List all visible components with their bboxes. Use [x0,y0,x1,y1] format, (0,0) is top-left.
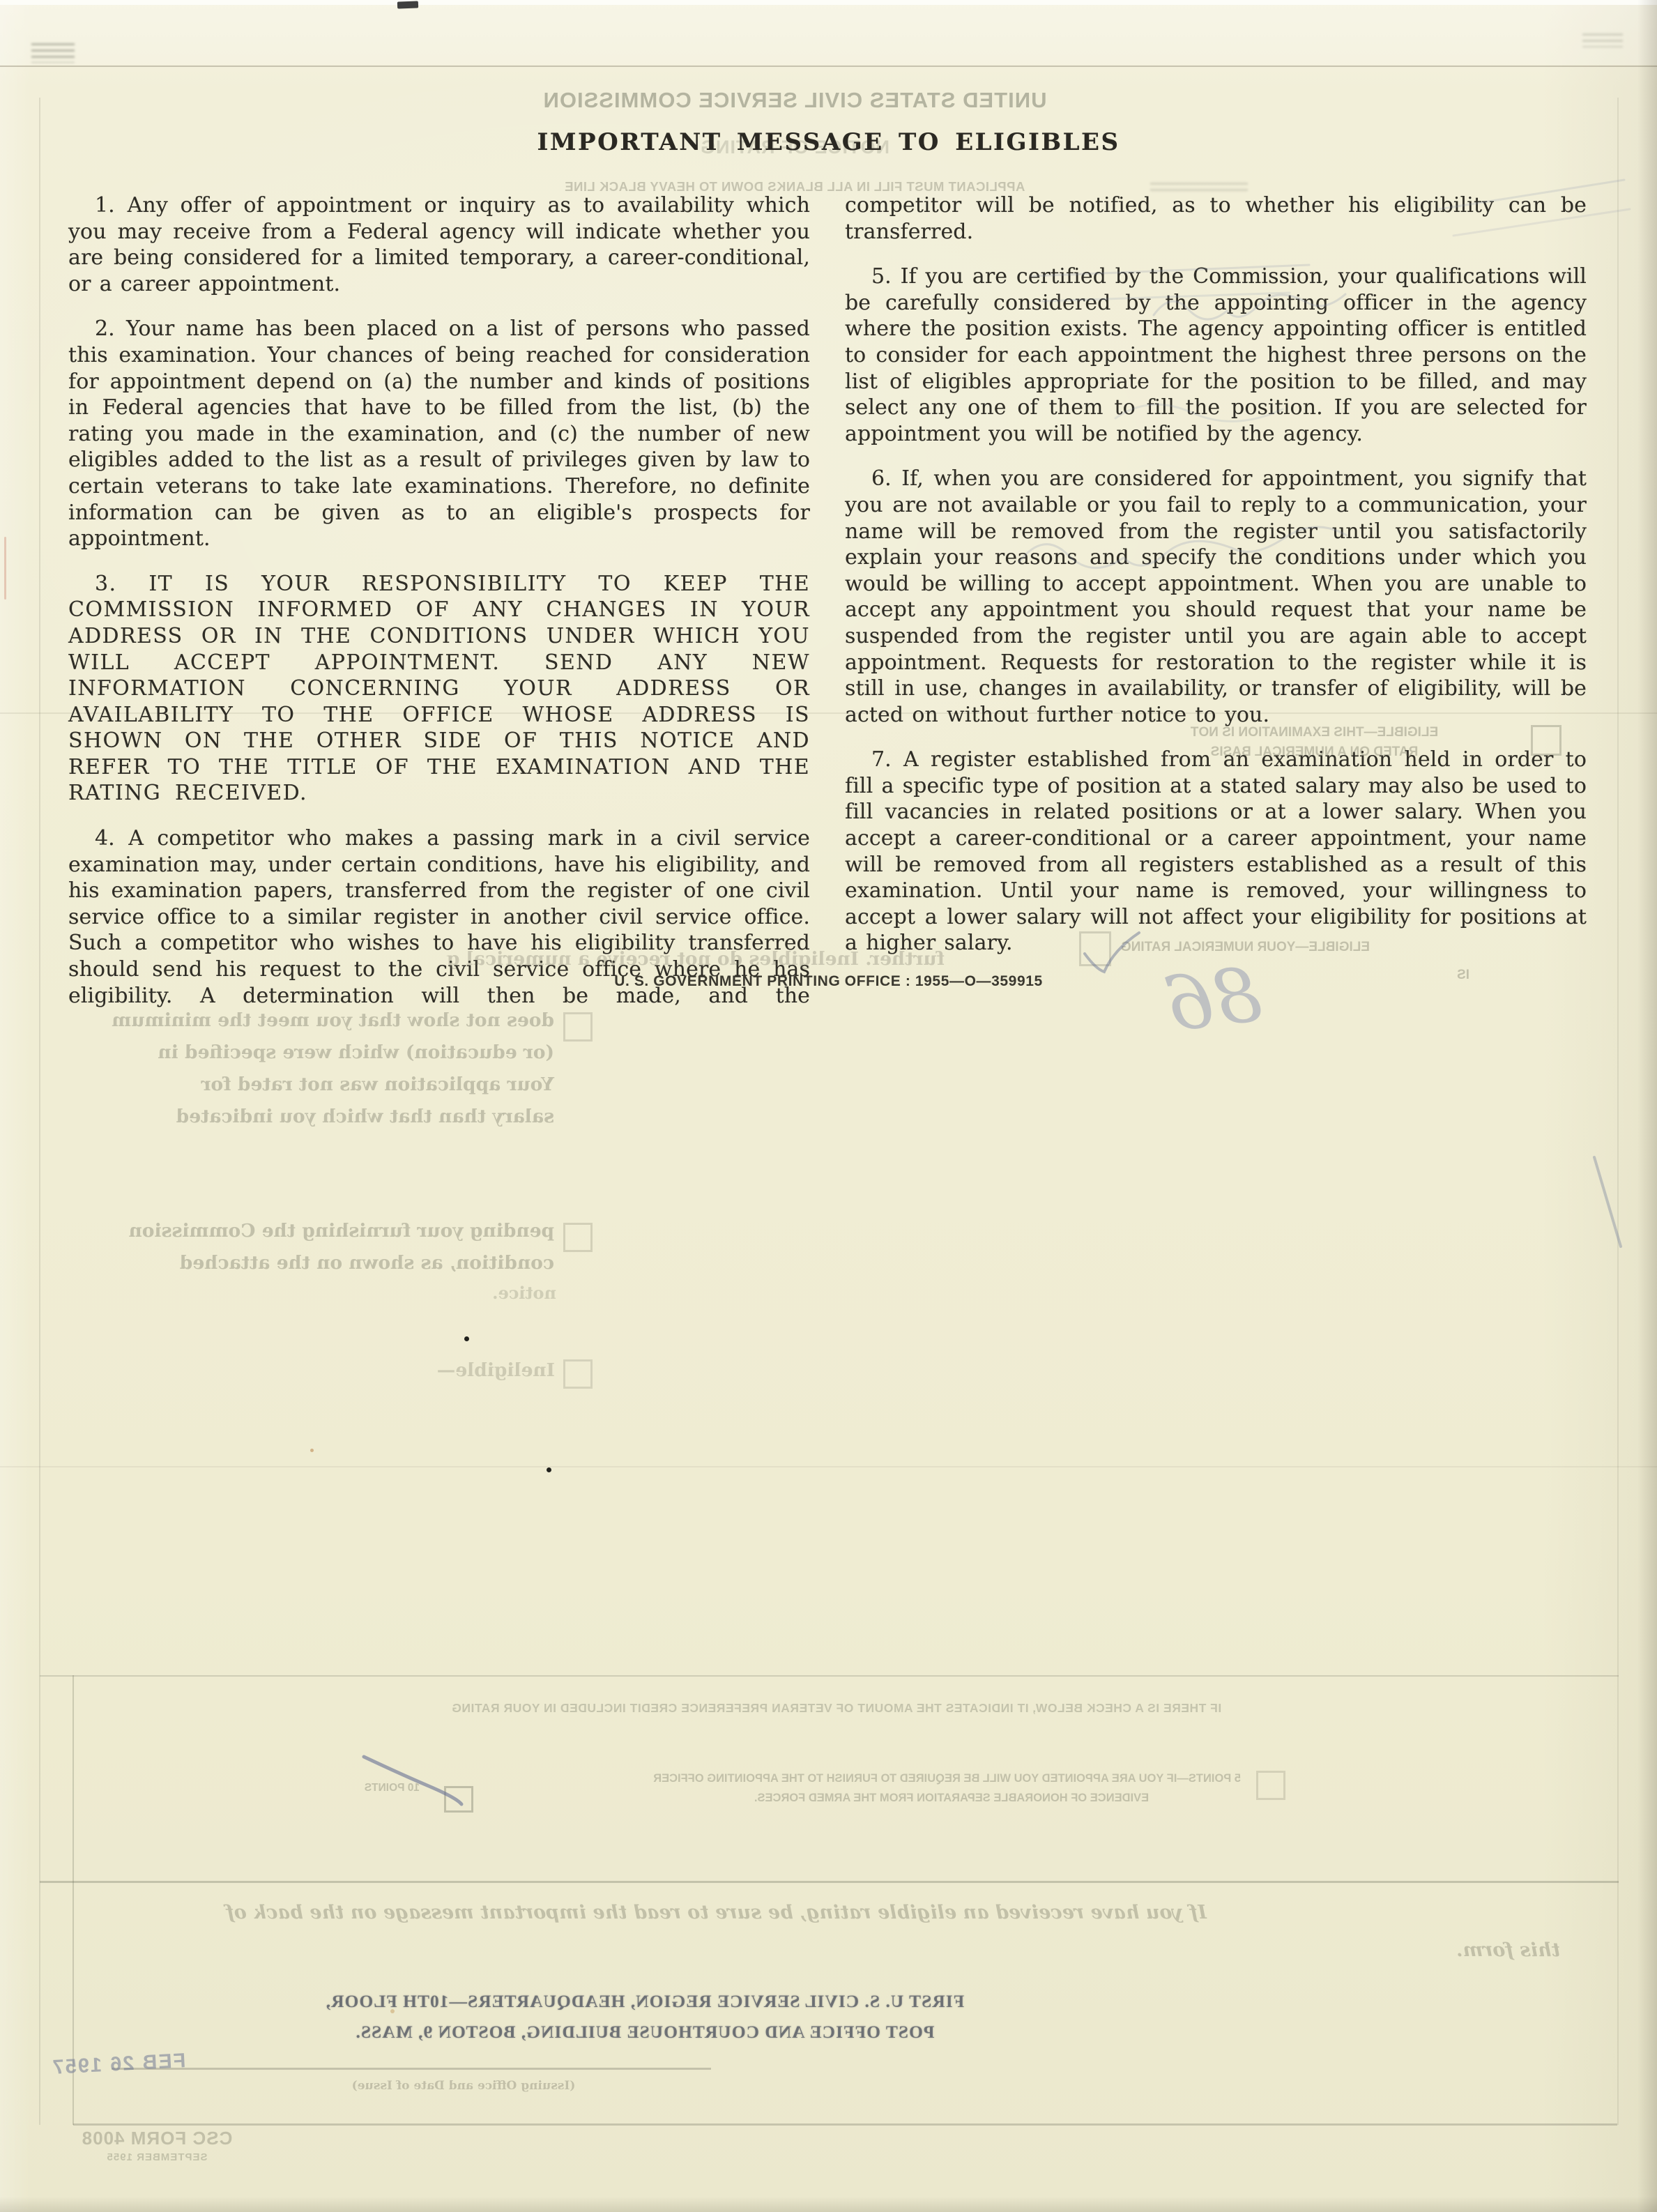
bleed-rule-horizontal-1 [40,1675,1619,1677]
checkbox-ten-points-checked-bleed [444,1786,473,1813]
ink-dot [464,1336,469,1341]
bleed-five-points-line2: EVIDENCE OF HONORABLE SEPARATION FROM TH… [662,1792,1241,1805]
bleed-further-line: further. Ineligibles do not receive a nu… [446,948,945,970]
bleed-suspended-line3: notice. [480,1283,556,1303]
bleed-veteran-line: IF THERE IS A CHECK BELOW, IT INDICATES … [328,1701,1345,1716]
bleed-rule-vertical-right [1617,98,1619,2125]
scanned-document-page: UNITED STATES CIVIL SERVICE COMMISSION N… [0,0,1657,2212]
bleed-eligible-message-line2: this form. [1428,1939,1560,1961]
paragraph-6: 6. If, when you are considered for appoi… [845,466,1587,728]
bleed-eligible-not-numeric-line2: RATED ON A NUMERICAL BASIS [1135,745,1494,760]
printing-office-imprint: U. S. GOVERNMENT PRINTING OFFICE : 1955—… [0,973,1657,990]
bleed-ten-points-label: 10 POINTS [339,1782,420,1794]
paragraph-4-continued: competitor will be notified, as to wheth… [845,192,1587,245]
bleed-ineligible-min-line4: salary than that which you indicated [91,1106,554,1127]
document-title: IMPORTANT MESSAGE TO ELIGIBLES [0,128,1657,156]
bleed-form-number: CSC FORM 4008 [70,2128,244,2149]
bleed-header-agency: UNITED STATES CIVIL SERVICE COMMISSION [481,88,1108,113]
checkbox-ineligible-bleed [563,1359,593,1389]
checkbox-suspended-bleed [563,1223,593,1252]
bleed-five-points-line1: 5 POINTS—IF YOU ARE APPOINTED YOU WILL B… [662,1772,1241,1785]
lighter-band-top [0,0,1657,65]
checkbox-eligible-not-numeric-bleed [1531,725,1561,756]
stamp-date: FEB 26 1957 [38,2049,199,2080]
bleed-ineligible-min-line1: does not show that you meet the minimum [108,1009,554,1031]
bleed-eligible-not-numeric-line1: ELIGIBLE—THIS EXAMINATION IS NOT [1135,725,1494,740]
paragraph-5: 5. If you are certified by the Commissio… [845,264,1587,447]
rust-speck [310,1449,314,1452]
bleed-eligible-message-line1: If you have received an eligible rating,… [105,1902,1328,1923]
text-column-left: 1. Any offer of appointment or inquiry a… [68,192,810,1028]
stamp-region-line1: FIRST U. S. CIVIL SERVICE REGION, HEADQU… [230,1991,1060,2012]
bleed-ineligible-label: Ineligible— [443,1359,555,1381]
bleed-ineligible-min-line2: (or education) which were specified in [108,1042,554,1063]
scan-edge-shadow-right [1637,0,1657,2212]
bleed-ineligible-min-line3: Your application was not rated for [108,1074,554,1095]
bleed-smudge-top-right-corner [1582,33,1623,47]
bleed-rule-horizontal-2 [40,1881,1619,1883]
paragraph-7: 7. A register established from an examin… [845,747,1587,956]
paragraph-1: 1. Any offer of appointment or inquiry a… [68,192,810,297]
fold-crease-lower [0,1466,1657,1467]
bleed-suspended-line1: pending your furnishing the Commission [108,1220,554,1242]
paragraph-2: 2. Your name has been placed on a list o… [68,316,810,551]
scan-edge-shadow-bottom [0,2197,1657,2212]
bleed-issuing-caption: (Issuing Office and Date of Issue) [317,2079,610,2093]
ink-dot [547,1467,551,1472]
checkbox-ineligible-min-bleed [563,1012,593,1042]
bleed-rule-vertical-left [39,98,40,2125]
text-column-right: competitor will be notified, as to wheth… [845,192,1587,975]
handwritten-rating: 86 [1161,951,1267,1049]
fold-crease-top [0,66,1657,67]
checkbox-five-points-bleed [1256,1771,1285,1800]
bleed-eligible-numeric-line2: IS [1442,968,1469,983]
stamp-region-line2: POST OFFICE AND COURTHOUSE BUILDING, BOS… [230,2022,1060,2043]
paragraph-3: 3. IT IS YOUR RESPONSIBILITY TO KEEP THE… [68,571,810,807]
bleed-smudge-top-left [31,43,75,63]
bleed-rule-horizontal-bottom [73,2123,1617,2126]
bleed-suspended-line2: condition, as shown on the attached [108,1252,554,1274]
checkbox-eligible-numeric-bleed [1079,931,1111,966]
bleed-form-date: SEPTEMBER 1955 [70,2151,244,2163]
paper-fiber [4,537,6,600]
bleed-signature-underline [112,2068,711,2070]
